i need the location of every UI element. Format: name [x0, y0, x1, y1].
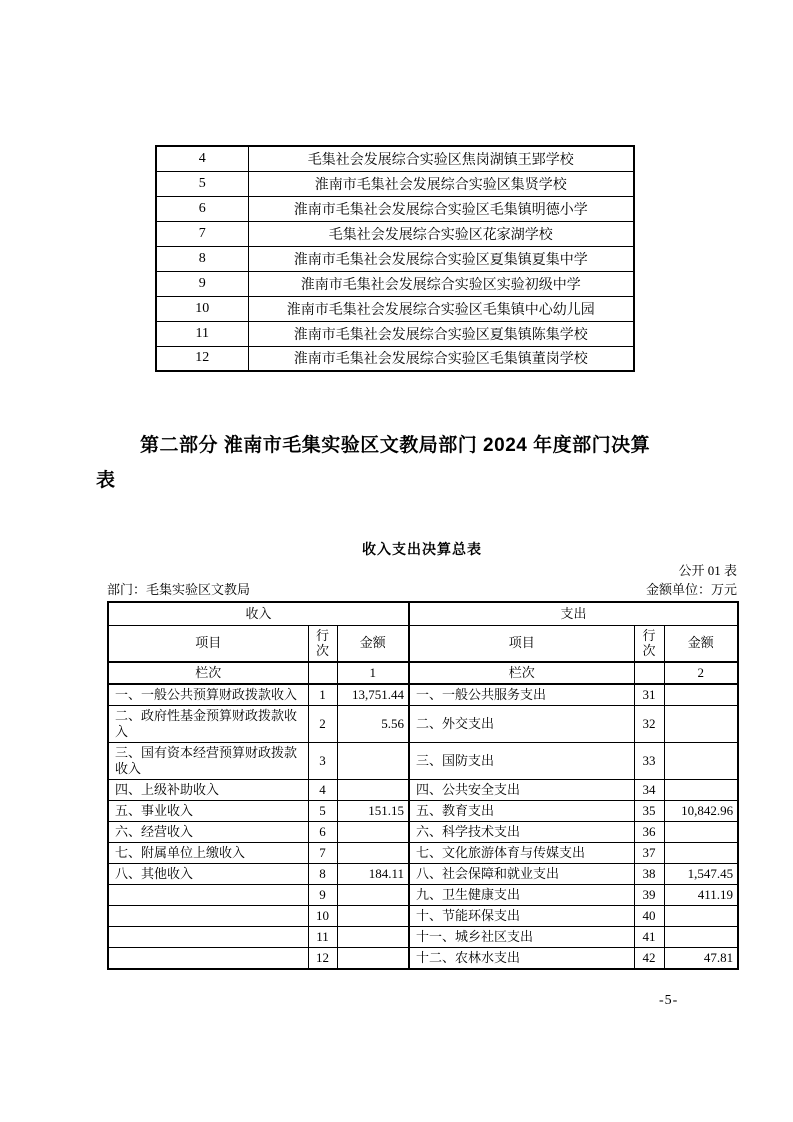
school-row-name: 毛集社会发展综合实验区花家湖学校 — [248, 221, 634, 246]
income-item-cell: 五、事业收入 — [108, 800, 308, 821]
income-expense-table-body: 一、一般公共预算财政拨款收入 1 13,751.44 一、一般公共服务支出 31… — [108, 684, 738, 969]
income-item-col-header: 项目 — [108, 625, 308, 662]
budget-table-row: 11 十一、城乡社区支出 41 — [108, 926, 738, 947]
expense-amount-col-header: 金额 — [664, 625, 738, 662]
expense-item-cell: 七、文化旅游体育与传媒支出 — [409, 842, 634, 863]
expense-item-cell: 九、卫生健康支出 — [409, 884, 634, 905]
expense-col-index: 2 — [664, 662, 738, 684]
income-line-cell: 12 — [308, 947, 337, 969]
school-row: 11 淮南市毛集社会发展综合实验区夏集镇陈集学校 — [156, 321, 634, 346]
school-row: 12 淮南市毛集社会发展综合实验区毛集镇董岗学校 — [156, 346, 634, 371]
income-line-cell: 8 — [308, 863, 337, 884]
expense-item-col-header: 项目 — [409, 625, 634, 662]
table-meta-row: 部门：毛集实验区文教局 金额单位：万元 — [107, 581, 737, 598]
expense-item-cell: 十一、城乡社区支出 — [409, 926, 634, 947]
budget-table-row: 10 十、节能环保支出 40 — [108, 905, 738, 926]
summary-sheet: 收入支出决算总表 公开 01 表 部门：毛集实验区文教局 金额单位：万元 收入 … — [107, 541, 737, 970]
income-item-cell — [108, 905, 308, 926]
school-row-number: 11 — [156, 321, 248, 346]
column-index-row: 栏次 1 栏次 2 — [108, 662, 738, 684]
income-col-index: 1 — [337, 662, 409, 684]
expense-line-cell: 42 — [634, 947, 664, 969]
expense-line-cell: 39 — [634, 884, 664, 905]
expense-item-cell: 五、教育支出 — [409, 800, 634, 821]
section-heading-line2: 表 — [96, 463, 741, 498]
income-item-cell — [108, 926, 308, 947]
section-heading: 第二部分 淮南市毛集实验区文教局部门 2024 年度部门决算 表 — [96, 428, 741, 498]
income-line-col-header-text: 行次 — [316, 628, 330, 658]
expense-lanci-label: 栏次 — [409, 662, 634, 684]
income-line-col-header: 行次 — [308, 625, 337, 662]
expense-line-cell: 40 — [634, 905, 664, 926]
school-row-name: 淮南市毛集社会发展综合实验区实验初级中学 — [248, 271, 634, 296]
page-number: -5- — [659, 993, 678, 1009]
income-lanci-label: 栏次 — [108, 662, 308, 684]
school-row-number: 9 — [156, 271, 248, 296]
budget-table-row: 四、上级补助收入 4 四、公共安全支出 34 — [108, 779, 738, 800]
income-item-cell: 八、其他收入 — [108, 863, 308, 884]
income-amount-cell — [337, 779, 409, 800]
expense-amount-cell — [664, 684, 738, 706]
school-row: 6 淮南市毛集社会发展综合实验区毛集镇明德小学 — [156, 196, 634, 221]
school-row-name: 淮南市毛集社会发展综合实验区集贤学校 — [248, 171, 634, 196]
income-item-cell: 一、一般公共预算财政拨款收入 — [108, 684, 308, 706]
income-line-cell: 2 — [308, 705, 337, 742]
school-row-number: 10 — [156, 296, 248, 321]
school-row-number: 6 — [156, 196, 248, 221]
income-item-cell — [108, 884, 308, 905]
income-amount-col-header: 金额 — [337, 625, 409, 662]
expense-amount-cell — [664, 842, 738, 863]
expense-amount-cell — [664, 905, 738, 926]
expense-item-cell: 十、节能环保支出 — [409, 905, 634, 926]
expense-section-header: 支出 — [409, 602, 738, 625]
expense-amount-cell: 10,842.96 — [664, 800, 738, 821]
school-row: 9 淮南市毛集社会发展综合实验区实验初级中学 — [156, 271, 634, 296]
school-row: 4 毛集社会发展综合实验区焦岗湖镇王郢学校 — [156, 146, 634, 171]
school-row-number: 7 — [156, 221, 248, 246]
department-label: 部门：毛集实验区文教局 — [107, 581, 250, 598]
expense-line-cell: 36 — [634, 821, 664, 842]
income-line-cell: 11 — [308, 926, 337, 947]
school-row-name: 淮南市毛集社会发展综合实验区夏集镇陈集学校 — [248, 321, 634, 346]
expense-item-cell: 十二、农林水支出 — [409, 947, 634, 969]
school-row-name: 淮南市毛集社会发展综合实验区毛集镇中心幼儿园 — [248, 296, 634, 321]
expense-amount-cell: 411.19 — [664, 884, 738, 905]
expense-line-cell: 31 — [634, 684, 664, 706]
school-row-number: 5 — [156, 171, 248, 196]
school-row-name: 淮南市毛集社会发展综合实验区夏集镇夏集中学 — [248, 246, 634, 271]
expense-amount-cell — [664, 742, 738, 779]
expense-line-col-header-text: 行次 — [642, 628, 656, 658]
income-amount-cell: 151.15 — [337, 800, 409, 821]
income-item-cell: 四、上级补助收入 — [108, 779, 308, 800]
income-line-cell: 5 — [308, 800, 337, 821]
expense-item-cell: 一、一般公共服务支出 — [409, 684, 634, 706]
income-line-cell: 1 — [308, 684, 337, 706]
school-row: 10 淮南市毛集社会发展综合实验区毛集镇中心幼儿园 — [156, 296, 634, 321]
school-row-name: 毛集社会发展综合实验区焦岗湖镇王郢学校 — [248, 146, 634, 171]
income-amount-cell — [337, 905, 409, 926]
expense-line-cell: 35 — [634, 800, 664, 821]
income-lanci-line-cell — [308, 662, 337, 684]
expense-item-cell: 八、社会保障和就业支出 — [409, 863, 634, 884]
section-heading-line1: 第二部分 淮南市毛集实验区文教局部门 2024 年度部门决算 — [96, 428, 741, 463]
income-item-cell — [108, 947, 308, 969]
income-line-cell: 3 — [308, 742, 337, 779]
budget-table-row: 八、其他收入 8 184.11 八、社会保障和就业支出 38 1,547.45 — [108, 863, 738, 884]
school-list-table: 4 毛集社会发展综合实验区焦岗湖镇王郢学校 5 淮南市毛集社会发展综合实验区集贤… — [155, 145, 635, 372]
school-row-number: 12 — [156, 346, 248, 371]
budget-table-row: 一、一般公共预算财政拨款收入 1 13,751.44 一、一般公共服务支出 31 — [108, 684, 738, 706]
income-amount-cell — [337, 842, 409, 863]
column-header-row: 项目 行次 金额 项目 行次 金额 — [108, 625, 738, 662]
income-line-cell: 4 — [308, 779, 337, 800]
income-amount-cell — [337, 742, 409, 779]
income-line-cell: 7 — [308, 842, 337, 863]
expense-amount-cell: 1,547.45 — [664, 863, 738, 884]
school-list-body: 4 毛集社会发展综合实验区焦岗湖镇王郢学校 5 淮南市毛集社会发展综合实验区集贤… — [156, 146, 634, 371]
expense-line-cell: 34 — [634, 779, 664, 800]
school-row-name: 淮南市毛集社会发展综合实验区毛集镇明德小学 — [248, 196, 634, 221]
income-line-cell: 6 — [308, 821, 337, 842]
school-row: 8 淮南市毛集社会发展综合实验区夏集镇夏集中学 — [156, 246, 634, 271]
income-section-header: 收入 — [108, 602, 409, 625]
expense-line-cell: 38 — [634, 863, 664, 884]
income-line-cell: 9 — [308, 884, 337, 905]
income-item-cell: 二、政府性基金预算财政拨款收入 — [108, 705, 308, 742]
document-page: 4 毛集社会发展综合实验区焦岗湖镇王郢学校 5 淮南市毛集社会发展综合实验区集贤… — [0, 0, 793, 1122]
income-item-cell: 七、附属单位上缴收入 — [108, 842, 308, 863]
income-amount-cell — [337, 821, 409, 842]
income-item-cell: 三、国有资本经营预算财政拨款收入 — [108, 742, 308, 779]
income-amount-cell: 184.11 — [337, 863, 409, 884]
income-amount-cell: 13,751.44 — [337, 684, 409, 706]
budget-table-row: 9 九、卫生健康支出 39 411.19 — [108, 884, 738, 905]
income-amount-cell — [337, 947, 409, 969]
school-row-name: 淮南市毛集社会发展综合实验区毛集镇董岗学校 — [248, 346, 634, 371]
expense-line-cell: 32 — [634, 705, 664, 742]
income-expense-table: 收入 支出 项目 行次 金额 项目 行次 金额 栏次 1 栏次 — [107, 601, 739, 970]
budget-table-row: 二、政府性基金预算财政拨款收入 2 5.56 二、外交支出 32 — [108, 705, 738, 742]
expense-line-col-header: 行次 — [634, 625, 664, 662]
school-row: 7 毛集社会发展综合实验区花家湖学校 — [156, 221, 634, 246]
budget-table-row: 五、事业收入 5 151.15 五、教育支出 35 10,842.96 — [108, 800, 738, 821]
expense-line-cell: 33 — [634, 742, 664, 779]
section-header-row: 收入 支出 — [108, 602, 738, 625]
expense-amount-cell — [664, 779, 738, 800]
income-amount-cell: 5.56 — [337, 705, 409, 742]
budget-table-row: 七、附属单位上缴收入 7 七、文化旅游体育与传媒支出 37 — [108, 842, 738, 863]
school-row-number: 4 — [156, 146, 248, 171]
expense-amount-cell — [664, 821, 738, 842]
income-item-cell: 六、经营收入 — [108, 821, 308, 842]
school-row: 5 淮南市毛集社会发展综合实验区集贤学校 — [156, 171, 634, 196]
school-row-number: 8 — [156, 246, 248, 271]
income-line-cell: 10 — [308, 905, 337, 926]
expense-item-cell: 四、公共安全支出 — [409, 779, 634, 800]
expense-amount-cell: 47.81 — [664, 947, 738, 969]
budget-table-row: 12 十二、农林水支出 42 47.81 — [108, 947, 738, 969]
expense-line-cell: 37 — [634, 842, 664, 863]
income-amount-cell — [337, 884, 409, 905]
table-code-label: 公开 01 表 — [107, 562, 737, 579]
expense-amount-cell — [664, 705, 738, 742]
expense-amount-cell — [664, 926, 738, 947]
income-amount-cell — [337, 926, 409, 947]
expense-item-cell: 二、外交支出 — [409, 705, 634, 742]
budget-table-row: 三、国有资本经营预算财政拨款收入 3 三、国防支出 33 — [108, 742, 738, 779]
budget-table-row: 六、经营收入 6 六、科学技术支出 36 — [108, 821, 738, 842]
expense-item-cell: 三、国防支出 — [409, 742, 634, 779]
expense-lanci-line-cell — [634, 662, 664, 684]
summary-table-title: 收入支出决算总表 — [107, 541, 737, 560]
income-expense-table-head: 收入 支出 项目 行次 金额 项目 行次 金额 栏次 1 栏次 — [108, 602, 738, 684]
unit-label: 金额单位：万元 — [646, 581, 737, 598]
expense-item-cell: 六、科学技术支出 — [409, 821, 634, 842]
expense-line-cell: 41 — [634, 926, 664, 947]
